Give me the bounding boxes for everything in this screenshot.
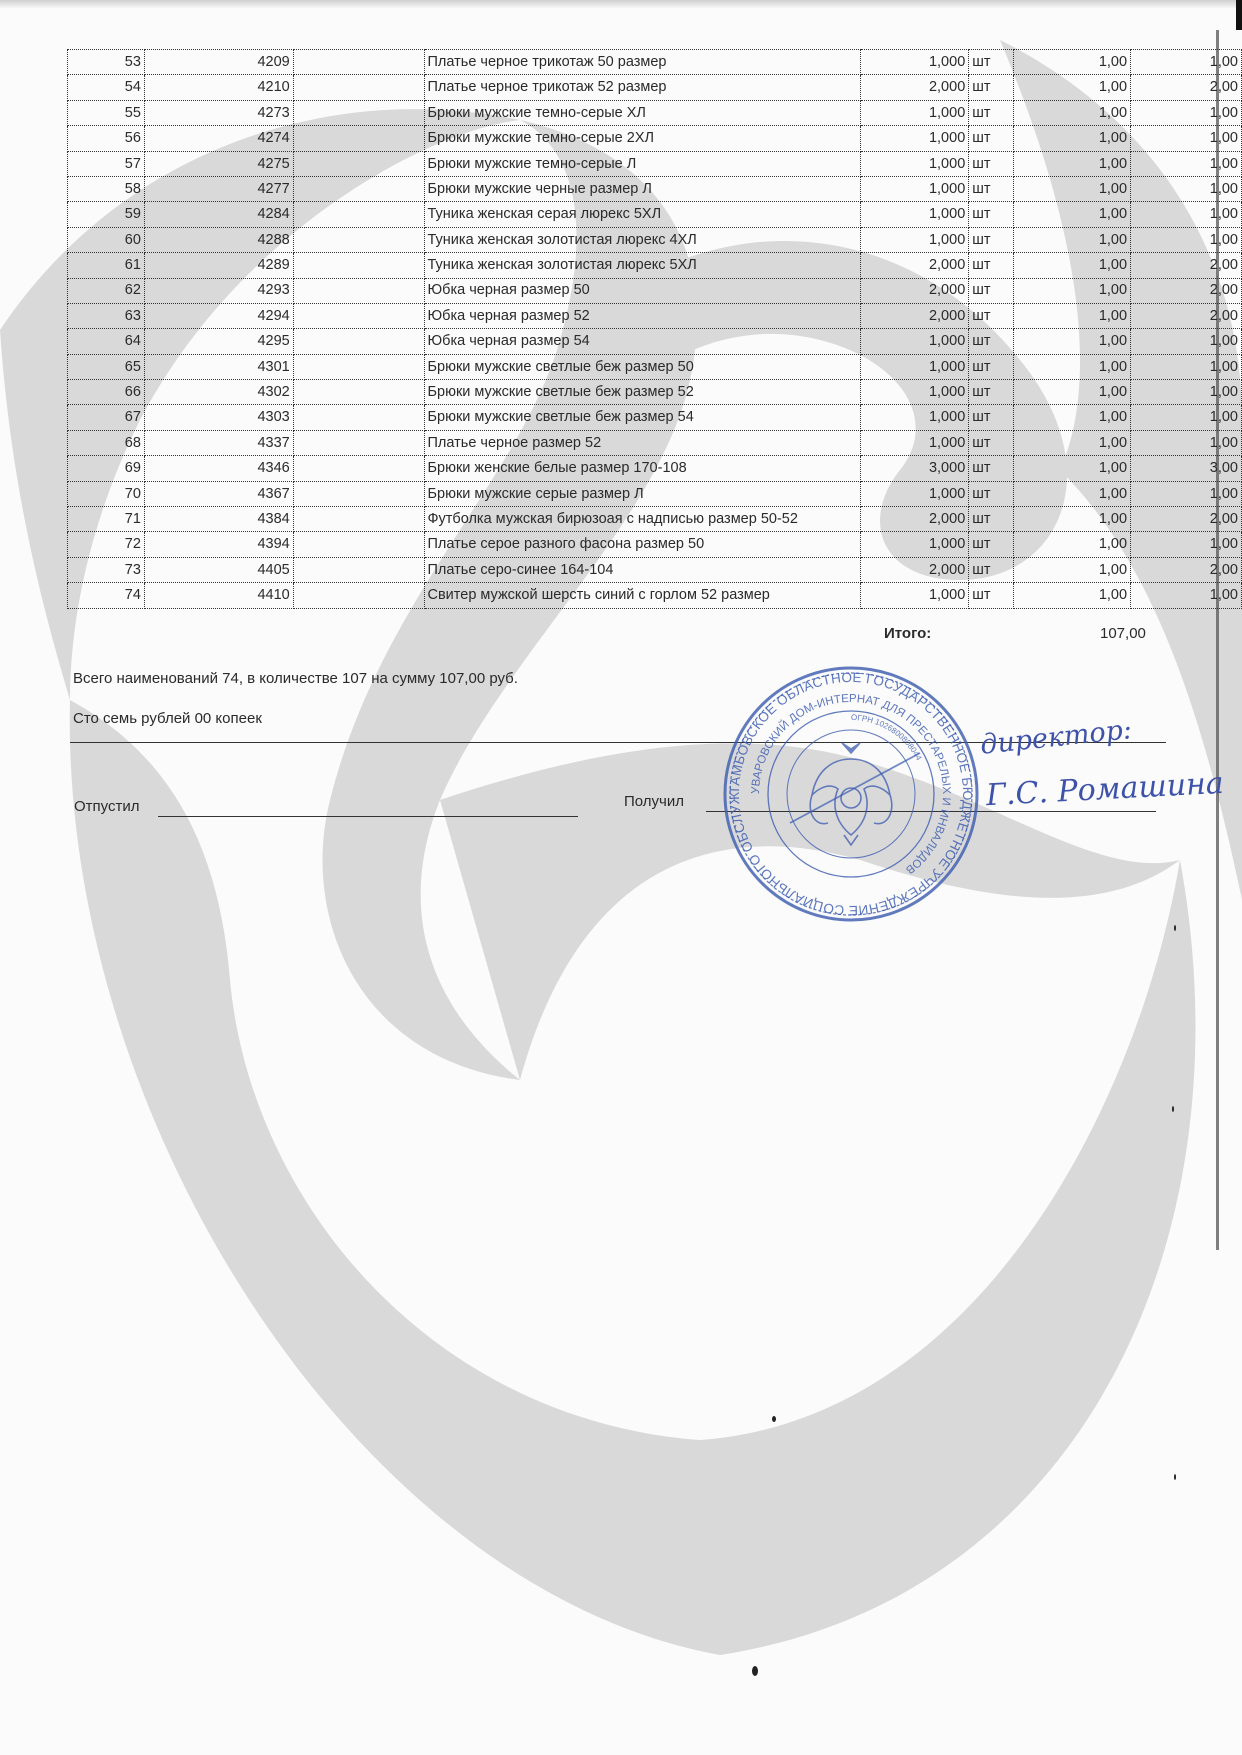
blank-cell <box>293 303 424 328</box>
table-row: 534209Платье черное трикотаж 50 размер1,… <box>68 50 1242 75</box>
item-unit: шт <box>969 50 1014 75</box>
item-sum: 1,00 <box>1131 354 1242 379</box>
item-price: 1,00 <box>1014 532 1131 557</box>
item-sum: 1,00 <box>1131 532 1242 557</box>
item-code: 4303 <box>144 405 293 430</box>
table-row: 664302Брюки мужские светлые беж размер 5… <box>68 380 1242 405</box>
row-number: 53 <box>68 50 145 75</box>
item-price: 1,00 <box>1014 278 1131 303</box>
item-quantity: 1,000 <box>861 481 969 506</box>
item-code: 4293 <box>144 278 293 303</box>
scan-speck <box>772 1416 776 1422</box>
item-unit: шт <box>969 405 1014 430</box>
item-unit: шт <box>969 100 1014 125</box>
item-unit: шт <box>969 75 1014 100</box>
item-name: Брюки мужские светлые беж размер 52 <box>424 380 861 405</box>
item-sum: 1,00 <box>1131 380 1242 405</box>
item-code: 4275 <box>144 151 293 176</box>
item-name: Туника женская золотистая люрекс 5ХЛ <box>424 253 861 278</box>
scan-edge-top <box>0 0 1242 8</box>
blank-cell <box>293 532 424 557</box>
blank-cell <box>293 278 424 303</box>
blank-cell <box>293 507 424 532</box>
item-unit: шт <box>969 151 1014 176</box>
item-price: 1,00 <box>1014 151 1131 176</box>
row-number: 60 <box>68 227 145 252</box>
released-signature-line <box>158 816 578 817</box>
table-row: 594284Туника женская серая люрекс 5ХЛ1,0… <box>68 202 1242 227</box>
item-price: 1,00 <box>1014 202 1131 227</box>
row-number: 58 <box>68 176 145 201</box>
item-code: 4210 <box>144 75 293 100</box>
item-sum: 2,00 <box>1131 75 1242 100</box>
item-unit: шт <box>969 303 1014 328</box>
item-name: Брюки мужские светлые беж размер 54 <box>424 405 861 430</box>
table-row: 694346Брюки женские белые размер 170-108… <box>68 456 1242 481</box>
item-price: 1,00 <box>1014 329 1131 354</box>
item-quantity: 1,000 <box>861 100 969 125</box>
items-table: 534209Платье черное трикотаж 50 размер1,… <box>67 49 1242 609</box>
item-sum: 1,00 <box>1131 430 1242 455</box>
item-sum: 2,00 <box>1131 253 1242 278</box>
item-quantity: 2,000 <box>861 278 969 303</box>
item-name: Свитер мужской шерсть синий с горлом 52 … <box>424 583 861 608</box>
item-unit: шт <box>969 227 1014 252</box>
item-quantity: 1,000 <box>861 532 969 557</box>
item-code: 4288 <box>144 227 293 252</box>
item-code: 4294 <box>144 303 293 328</box>
item-quantity: 1,000 <box>861 583 969 608</box>
blank-cell <box>293 329 424 354</box>
item-code: 4209 <box>144 50 293 75</box>
item-name: Юбка черная размер 54 <box>424 329 861 354</box>
table-row: 744410Свитер мужской шерсть синий с горл… <box>68 583 1242 608</box>
scan-speck <box>1172 1106 1174 1112</box>
item-price: 1,00 <box>1014 75 1131 100</box>
blank-cell <box>293 151 424 176</box>
item-unit: шт <box>969 354 1014 379</box>
total-label: Итого: <box>884 625 931 642</box>
blank-cell <box>293 50 424 75</box>
row-number: 67 <box>68 405 145 430</box>
invoice-page: 534209Платье черное трикотаж 50 размер1,… <box>0 0 1242 1755</box>
blank-cell <box>293 456 424 481</box>
scan-speck <box>1174 1474 1176 1480</box>
item-unit: шт <box>969 329 1014 354</box>
blank-cell <box>293 176 424 201</box>
item-price: 1,00 <box>1014 253 1131 278</box>
scan-speck <box>1174 925 1176 931</box>
item-sum: 1,00 <box>1131 151 1242 176</box>
item-price: 1,00 <box>1014 430 1131 455</box>
item-code: 4405 <box>144 557 293 582</box>
item-unit: шт <box>969 557 1014 582</box>
item-quantity: 1,000 <box>861 126 969 151</box>
item-price: 1,00 <box>1014 405 1131 430</box>
items-table-body: 534209Платье черное трикотаж 50 размер1,… <box>68 50 1242 609</box>
official-stamp: ТАМБОВСКОЕ ОБЛАСТНОЕ ГОСУДАРСТВЕННОЕ БЮД… <box>720 663 982 925</box>
item-price: 1,00 <box>1014 50 1131 75</box>
handwritten-signature: Г.С. Ромашина <box>985 766 1224 813</box>
item-unit: шт <box>969 481 1014 506</box>
table-row: 674303Брюки мужские светлые беж размер 5… <box>68 405 1242 430</box>
item-quantity: 1,000 <box>861 202 969 227</box>
table-row: 624293Юбка черная размер 502,000шт1,002,… <box>68 278 1242 303</box>
item-unit: шт <box>969 507 1014 532</box>
item-code: 4277 <box>144 176 293 201</box>
blank-cell <box>293 557 424 582</box>
item-name: Юбка черная размер 52 <box>424 303 861 328</box>
row-number: 72 <box>68 532 145 557</box>
blank-cell <box>293 430 424 455</box>
item-quantity: 1,000 <box>861 405 969 430</box>
item-quantity: 1,000 <box>861 227 969 252</box>
table-row: 554273Брюки мужские темно-серые ХЛ1,000ш… <box>68 100 1242 125</box>
scan-speck <box>752 1666 758 1676</box>
received-label: Получил <box>624 793 684 810</box>
item-name: Брюки мужские черные размер Л <box>424 176 861 201</box>
item-name: Платье черное трикотаж 52 размер <box>424 75 861 100</box>
item-name: Брюки мужские темно-серые ХЛ <box>424 100 861 125</box>
item-quantity: 2,000 <box>861 507 969 532</box>
row-number: 63 <box>68 303 145 328</box>
item-name: Туника женская серая люрекс 5ХЛ <box>424 202 861 227</box>
item-quantity: 1,000 <box>861 176 969 201</box>
eagle-emblem-icon <box>810 743 892 845</box>
item-price: 1,00 <box>1014 456 1131 481</box>
item-unit: шт <box>969 380 1014 405</box>
item-sum: 1,00 <box>1131 583 1242 608</box>
blank-cell <box>293 75 424 100</box>
item-quantity: 1,000 <box>861 430 969 455</box>
item-name: Футболка мужская бирюзоая с надписью раз… <box>424 507 861 532</box>
table-row: 704367Брюки мужские серые размер Л1,000ш… <box>68 481 1242 506</box>
item-code: 4367 <box>144 481 293 506</box>
blank-cell <box>293 583 424 608</box>
table-row: 564274Брюки мужские темно-серые 2ХЛ1,000… <box>68 126 1242 151</box>
item-sum: 1,00 <box>1131 50 1242 75</box>
item-price: 1,00 <box>1014 507 1131 532</box>
item-quantity: 1,000 <box>861 151 969 176</box>
summary-line: Всего наименований 74, в количестве 107 … <box>73 670 518 687</box>
item-code: 4410 <box>144 583 293 608</box>
item-price: 1,00 <box>1014 380 1131 405</box>
item-quantity: 2,000 <box>861 253 969 278</box>
item-sum: 1,00 <box>1131 329 1242 354</box>
handwritten-title: директор: <box>979 714 1134 761</box>
total-value: 107,00 <box>1100 625 1146 642</box>
item-price: 1,00 <box>1014 481 1131 506</box>
blank-cell <box>293 227 424 252</box>
item-price: 1,00 <box>1014 176 1131 201</box>
row-number: 73 <box>68 557 145 582</box>
row-number: 68 <box>68 430 145 455</box>
item-sum: 1,00 <box>1131 481 1242 506</box>
table-row: 714384Футболка мужская бирюзоая с надпис… <box>68 507 1242 532</box>
item-quantity: 3,000 <box>861 456 969 481</box>
item-unit: шт <box>969 202 1014 227</box>
item-sum: 2,00 <box>1131 507 1242 532</box>
item-sum: 2,00 <box>1131 278 1242 303</box>
item-code: 4384 <box>144 507 293 532</box>
item-sum: 2,00 <box>1131 557 1242 582</box>
row-number: 74 <box>68 583 145 608</box>
item-unit: шт <box>969 278 1014 303</box>
item-code: 4346 <box>144 456 293 481</box>
row-number: 56 <box>68 126 145 151</box>
table-row: 654301Брюки мужские светлые беж размер 5… <box>68 354 1242 379</box>
scan-edge-corner <box>1236 0 1242 30</box>
table-row: 614289Туника женская золотистая люрекс 5… <box>68 253 1242 278</box>
item-code: 4274 <box>144 126 293 151</box>
item-name: Брюки женские белые размер 170-108 <box>424 456 861 481</box>
row-number: 55 <box>68 100 145 125</box>
item-code: 4394 <box>144 532 293 557</box>
item-sum: 1,00 <box>1131 405 1242 430</box>
item-price: 1,00 <box>1014 227 1131 252</box>
blank-cell <box>293 380 424 405</box>
table-row: 544210Платье черное трикотаж 52 размер2,… <box>68 75 1242 100</box>
amount-in-words: Сто семь рублей 00 копеек <box>73 710 262 727</box>
item-sum: 1,00 <box>1131 202 1242 227</box>
item-code: 4284 <box>144 202 293 227</box>
item-quantity: 1,000 <box>861 380 969 405</box>
item-quantity: 2,000 <box>861 557 969 582</box>
item-code: 4273 <box>144 100 293 125</box>
item-price: 1,00 <box>1014 583 1131 608</box>
item-code: 4301 <box>144 354 293 379</box>
table-row: 734405Платье серо-синее 164-1042,000шт1,… <box>68 557 1242 582</box>
item-code: 4337 <box>144 430 293 455</box>
row-number: 64 <box>68 329 145 354</box>
item-quantity: 1,000 <box>861 329 969 354</box>
item-name: Брюки мужские темно-серые 2ХЛ <box>424 126 861 151</box>
item-price: 1,00 <box>1014 303 1131 328</box>
row-number: 62 <box>68 278 145 303</box>
item-sum: 1,00 <box>1131 126 1242 151</box>
item-price: 1,00 <box>1014 126 1131 151</box>
table-row: 584277Брюки мужские черные размер Л1,000… <box>68 176 1242 201</box>
item-unit: шт <box>969 126 1014 151</box>
item-name: Юбка черная размер 50 <box>424 278 861 303</box>
row-number: 61 <box>68 253 145 278</box>
row-number: 57 <box>68 151 145 176</box>
item-quantity: 1,000 <box>861 354 969 379</box>
item-code: 4302 <box>144 380 293 405</box>
item-sum: 2,00 <box>1131 303 1242 328</box>
item-sum: 1,00 <box>1131 100 1242 125</box>
blank-cell <box>293 354 424 379</box>
item-price: 1,00 <box>1014 354 1131 379</box>
row-number: 65 <box>68 354 145 379</box>
item-name: Платье черное трикотаж 50 размер <box>424 50 861 75</box>
item-code: 4295 <box>144 329 293 354</box>
item-unit: шт <box>969 253 1014 278</box>
row-number: 70 <box>68 481 145 506</box>
item-unit: шт <box>969 583 1014 608</box>
blank-cell <box>293 100 424 125</box>
row-number: 69 <box>68 456 145 481</box>
released-label: Отпустил <box>74 798 140 815</box>
table-row: 604288Туника женская золотистая люрекс 4… <box>68 227 1242 252</box>
item-name: Брюки мужские светлые беж размер 50 <box>424 354 861 379</box>
blank-cell <box>293 481 424 506</box>
item-code: 4289 <box>144 253 293 278</box>
blank-cell <box>293 405 424 430</box>
item-name: Брюки мужские темно-серые Л <box>424 151 861 176</box>
item-price: 1,00 <box>1014 557 1131 582</box>
item-sum: 1,00 <box>1131 176 1242 201</box>
item-unit: шт <box>969 430 1014 455</box>
table-row: 574275Брюки мужские темно-серые Л1,000шт… <box>68 151 1242 176</box>
item-sum: 1,00 <box>1131 227 1242 252</box>
item-quantity: 2,000 <box>861 75 969 100</box>
item-unit: шт <box>969 176 1014 201</box>
row-number: 71 <box>68 507 145 532</box>
item-quantity: 1,000 <box>861 50 969 75</box>
item-price: 1,00 <box>1014 100 1131 125</box>
item-unit: шт <box>969 532 1014 557</box>
row-number: 59 <box>68 202 145 227</box>
item-sum: 3,00 <box>1131 456 1242 481</box>
item-name: Платье серое разного фасона размер 50 <box>424 532 861 557</box>
item-name: Платье серо-синее 164-104 <box>424 557 861 582</box>
blank-cell <box>293 253 424 278</box>
blank-cell <box>293 126 424 151</box>
table-row: 634294Юбка черная размер 522,000шт1,002,… <box>68 303 1242 328</box>
item-name: Брюки мужские серые размер Л <box>424 481 861 506</box>
row-number: 54 <box>68 75 145 100</box>
item-unit: шт <box>969 456 1014 481</box>
row-number: 66 <box>68 380 145 405</box>
item-name: Туника женская золотистая люрекс 4ХЛ <box>424 227 861 252</box>
item-name: Платье черное размер 52 <box>424 430 861 455</box>
blank-cell <box>293 202 424 227</box>
table-row: 684337Платье черное размер 521,000шт1,00… <box>68 430 1242 455</box>
table-row: 724394Платье серое разного фасона размер… <box>68 532 1242 557</box>
table-row: 644295Юбка черная размер 541,000шт1,001,… <box>68 329 1242 354</box>
item-quantity: 2,000 <box>861 303 969 328</box>
